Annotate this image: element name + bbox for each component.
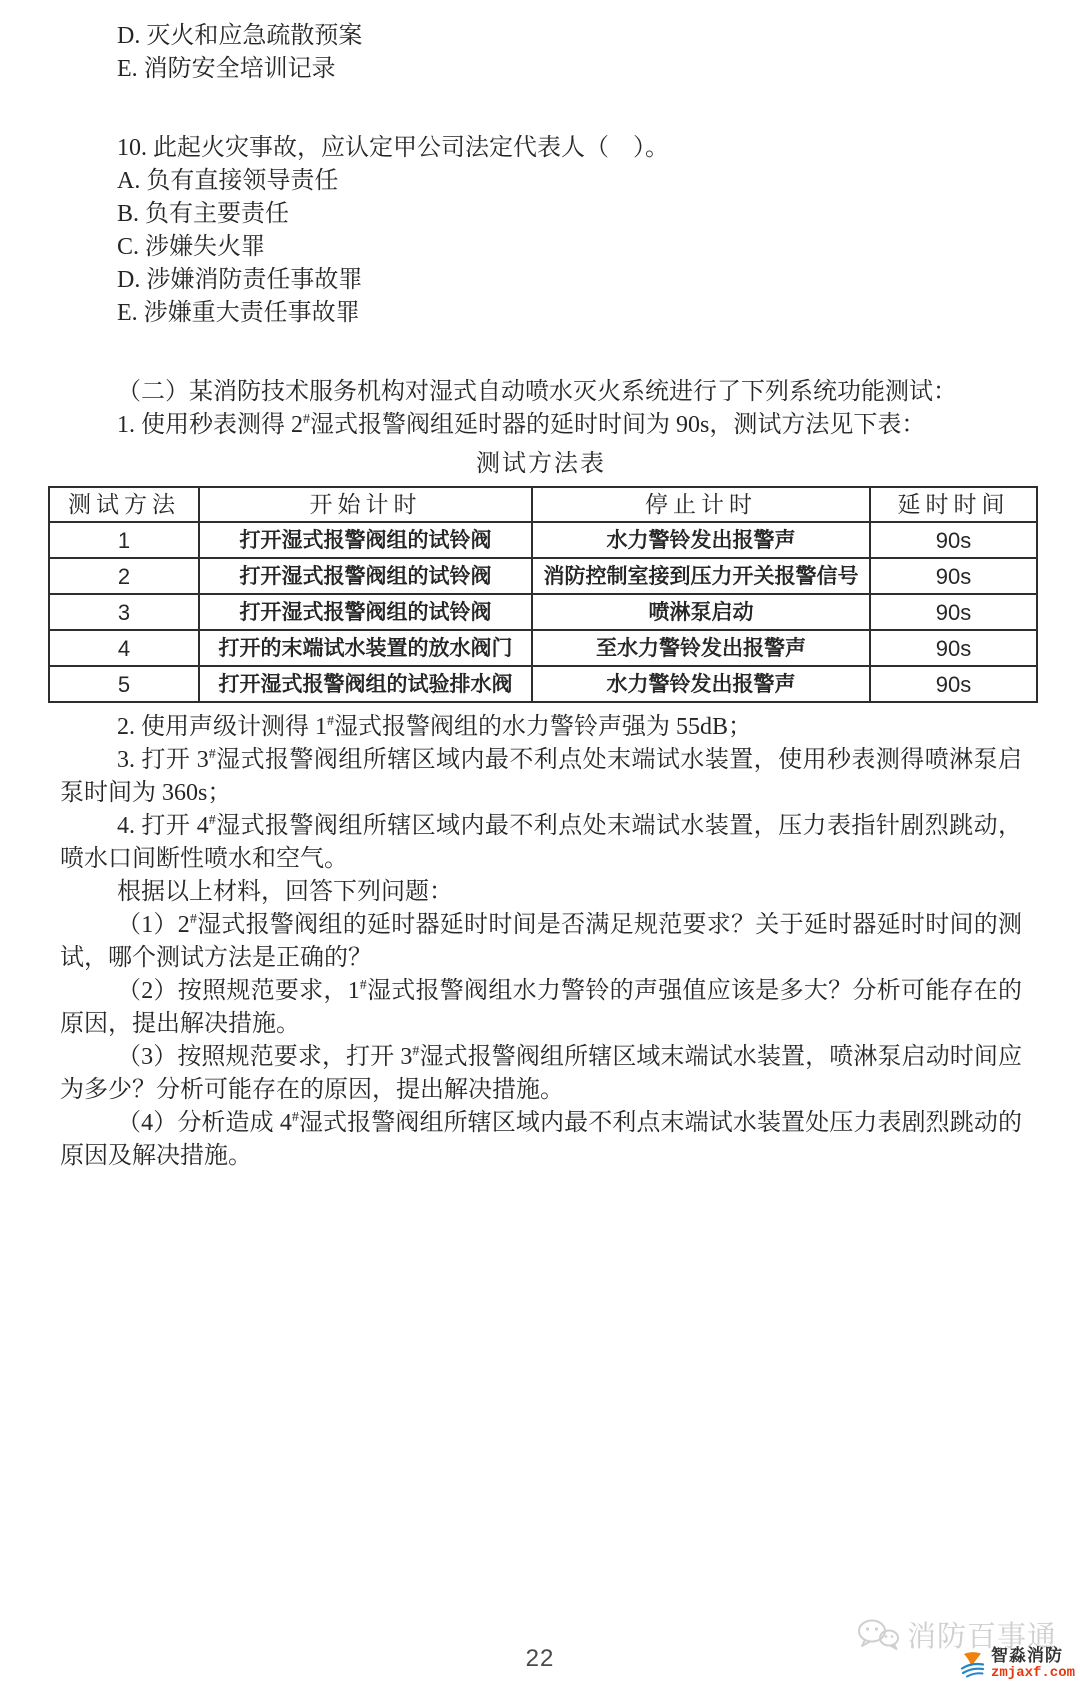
case-2-item-4: 4. 打开 4#湿式报警阀组所辖区域内最不利点处末端试水装置，压力表指针剧烈跳动… (60, 810, 1022, 876)
sub-question-4: （4）分析造成 4#湿式报警阀组所辖区域内最不利点末端试水装置处压力表剧烈跳动的… (60, 1107, 1022, 1173)
table-cell: 90s (870, 558, 1037, 594)
table-cell: 打开湿式报警阀组的试铃阀 (199, 594, 532, 630)
table-header-method: 测试方法 (49, 487, 199, 522)
table-title: 测试方法表 (60, 448, 1022, 481)
table-row: 3 打开湿式报警阀组的试铃阀 喷淋泵启动 90s (49, 594, 1037, 630)
table-cell: 打开湿式报警阀组的试铃阀 (199, 558, 532, 594)
option-line-d: D. 灭火和应急疏散预案 (60, 20, 1022, 53)
table-cell: 5 (49, 666, 199, 702)
case-2-item-3: 3. 打开 3#湿式报警阀组所辖区域内最不利点处末端试水装置，使用秒表测得喷淋泵… (60, 744, 1022, 810)
zhimiao-logo: 智淼消防 zmjaxf.com (958, 1647, 1075, 1680)
question-10-option-d: D. 涉嫌消防责任事故罪 (60, 264, 1022, 297)
zhimiao-swirl-icon (958, 1649, 987, 1678)
table-cell: 90s (870, 522, 1037, 558)
table-row: 5 打开湿式报警阀组的试验排水阀 水力警铃发出报警声 90s (49, 666, 1037, 702)
logo-name: 智淼消防 (991, 1647, 1075, 1664)
case-2-section: （二）某消防技术服务机构对湿式自动喷水灭火系统进行了下列系统功能测试： 1. 使… (60, 376, 1022, 1173)
table-cell: 水力警铃发出报警声 (532, 522, 870, 558)
question-10-option-b: B. 负有主要责任 (60, 198, 1022, 231)
question-10-option-e: E. 涉嫌重大责任事故罪 (60, 297, 1022, 330)
table-cell: 打开的末端试水装置的放水阀门 (199, 630, 532, 666)
sub-question-3: （3）按照规范要求，打开 3#湿式报警阀组所辖区域末端试水装置，喷淋泵启动时间应… (60, 1041, 1022, 1107)
table-row: 1 打开湿式报警阀组的试铃阀 水力警铃发出报警声 90s (49, 522, 1037, 558)
table-cell: 打开湿式报警阀组的试验排水阀 (199, 666, 532, 702)
sub-question-1: （1）2#湿式报警阀组的延时器延时时间是否满足规范要求？关于延时器延时时间的测试… (60, 909, 1022, 975)
table-cell: 1 (49, 522, 199, 558)
question-10: 10. 此起火灾事故，应认定甲公司法定代表人（ ）。 A. 负有直接领导责任 B… (60, 132, 1022, 330)
table-cell: 90s (870, 594, 1037, 630)
questions-lead: 根据以上材料，回答下列问题： (60, 876, 1022, 909)
table-cell: 4 (49, 630, 199, 666)
case-2-intro: （二）某消防技术服务机构对湿式自动喷水灭火系统进行了下列系统功能测试： (60, 376, 1022, 409)
table-header-delay: 延时时间 (870, 487, 1037, 522)
table-header-row: 测试方法 开始计时 停止计时 延时时间 (49, 487, 1037, 522)
question-10-option-a: A. 负有直接领导责任 (60, 165, 1022, 198)
table-cell: 90s (870, 630, 1037, 666)
table-cell: 至水力警铃发出报警声 (532, 630, 870, 666)
table-cell: 3 (49, 594, 199, 630)
question-10-option-c: C. 涉嫌失火罪 (60, 231, 1022, 264)
table-cell: 水力警铃发出报警声 (532, 666, 870, 702)
question-10-stem: 10. 此起火灾事故，应认定甲公司法定代表人（ ）。 (60, 132, 1022, 165)
case-2-item-1: 1. 使用秒表测得 2#湿式报警阀组延时器的延时时间为 90s，测试方法见下表： (60, 409, 1022, 442)
table-header-start: 开始计时 (199, 487, 532, 522)
table-row: 2 打开湿式报警阀组的试铃阀 消防控制室接到压力开关报警信号 90s (49, 558, 1037, 594)
table-cell: 喷淋泵启动 (532, 594, 870, 630)
test-method-table: 测试方法 开始计时 停止计时 延时时间 1 打开湿式报警阀组的试铃阀 水力警铃发… (48, 486, 1038, 703)
wechat-icon (856, 1618, 900, 1652)
table-cell: 消防控制室接到压力开关报警信号 (532, 558, 870, 594)
option-line-e: E. 消防安全培训记录 (60, 53, 1022, 86)
sub-question-2: （2）按照规范要求，1#湿式报警阀组水力警铃的声强值应该是多大？分析可能存在的原… (60, 975, 1022, 1041)
table-cell: 打开湿式报警阀组的试铃阀 (199, 522, 532, 558)
table-header-stop: 停止计时 (532, 487, 870, 522)
table-row: 4 打开的末端试水装置的放水阀门 至水力警铃发出报警声 90s (49, 630, 1037, 666)
case-2-item-2: 2. 使用声级计测得 1#湿式报警阀组的水力警铃声强为 55dB； (60, 711, 1022, 744)
table-cell: 2 (49, 558, 199, 594)
table-cell: 90s (870, 666, 1037, 702)
logo-url: zmjaxf.com (991, 1666, 1075, 1680)
page-content: D. 灭火和应急疏散预案 E. 消防安全培训记录 10. 此起火灾事故，应认定甲… (60, 20, 1022, 1173)
